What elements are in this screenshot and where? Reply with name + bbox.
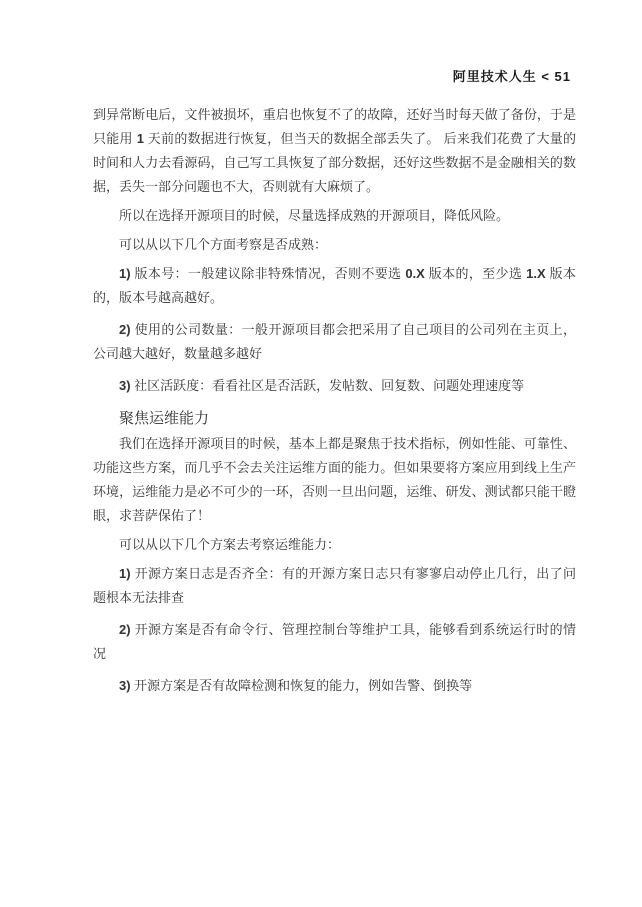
paragraph: 到异常断电后，文件被损坏，重启也恢复不了的故障，还好当时每天做了备份，于是只能用… (93, 103, 576, 199)
text-run: 开源方案是否有命令行、管理控制台等维护工具，能够看到系统运行时的情况 (93, 622, 576, 661)
paragraph: 可以从以下几个方面考察是否成熟： (93, 233, 576, 257)
bold-text-run: 2) (119, 622, 131, 637)
text-run: 所以在选择开源项目的时候，尽量选择成熟的开源项目，降低风险。 (119, 208, 509, 223)
text-run: 可以从以下几个方案去考察运维能力： (119, 537, 340, 552)
text-run: 使用的公司数量：一般开源项目都会把采用了自己项目的公司列在主页上，公司越大越好，… (93, 322, 576, 361)
section-heading: 聚焦运维能力 (93, 406, 576, 432)
paragraph: 3) 开源方案是否有故障检测和恢复的能力，例如告警、倒换等 (93, 674, 576, 698)
text-run: 我们在选择开源项目的时候，基本上都是聚焦于技术指标，例如性能、可靠性、功能这些方… (93, 436, 576, 523)
text-run: 天前的数据进行恢复，但当天的数据全部丢失了。 后来我们花费了大量的时间和人力去看… (93, 131, 576, 194)
paragraph: 3) 社区活跃度：看看社区是否活跃，发帖数、回复数、问题处理速度等 (93, 374, 576, 398)
bold-text-run: 1) (119, 266, 131, 281)
paragraph: 可以从以下几个方案去考察运维能力： (93, 533, 576, 557)
document-page: 阿里技术人生 < 51 到异常断电后，文件被损坏，重启也恢复不了的故障，还好当时… (0, 0, 642, 907)
document-body: 到异常断电后，文件被损坏，重启也恢复不了的故障，还好当时每天做了备份，于是只能用… (93, 103, 576, 706)
text-run: 开源方案是否有故障检测和恢复的能力，例如告警、倒换等 (131, 678, 473, 693)
bold-text-run: 1 (137, 131, 144, 146)
bold-text-run: 3) (119, 378, 131, 393)
text-run: 可以从以下几个方面考察是否成熟： (119, 237, 327, 252)
paragraph: 我们在选择开源项目的时候，基本上都是聚焦于技术指标，例如性能、可靠性、功能这些方… (93, 432, 576, 528)
bold-text-run: 2) (119, 322, 131, 337)
paragraph: 2) 使用的公司数量：一般开源项目都会把采用了自己项目的公司列在主页上，公司越大… (93, 318, 576, 366)
paragraph: 所以在选择开源项目的时候，尽量选择成熟的开源项目，降低风险。 (93, 204, 576, 228)
bold-text-run: 1.X (526, 266, 546, 281)
paragraph: 1) 版本号：一般建议除非特殊情况，否则不要选 0.X 版本的，至少选 1.X … (93, 262, 576, 310)
paragraph: 2) 开源方案是否有命令行、管理控制台等维护工具，能够看到系统运行时的情况 (93, 618, 576, 666)
text-run: 聚焦运维能力 (119, 410, 209, 427)
bold-text-run: 3) (119, 678, 131, 693)
bold-text-run: 0.X (405, 266, 425, 281)
bold-text-run: 1) (119, 566, 131, 581)
text-run: 社区活跃度：看看社区是否活跃，发帖数、回复数、问题处理速度等 (131, 378, 525, 393)
paragraph: 1) 开源方案日志是否齐全：有的开源方案日志只有寥寥启动停止几行，出了问题根本无… (93, 562, 576, 610)
text-run: 版本号：一般建议除非特殊情况，否则不要选 (131, 266, 406, 281)
text-run: 开源方案日志是否齐全：有的开源方案日志只有寥寥启动停止几行，出了问题根本无法排查 (93, 566, 576, 605)
text-run: 版本的，至少选 (425, 266, 526, 281)
running-header: 阿里技术人生 < 51 (453, 66, 571, 85)
